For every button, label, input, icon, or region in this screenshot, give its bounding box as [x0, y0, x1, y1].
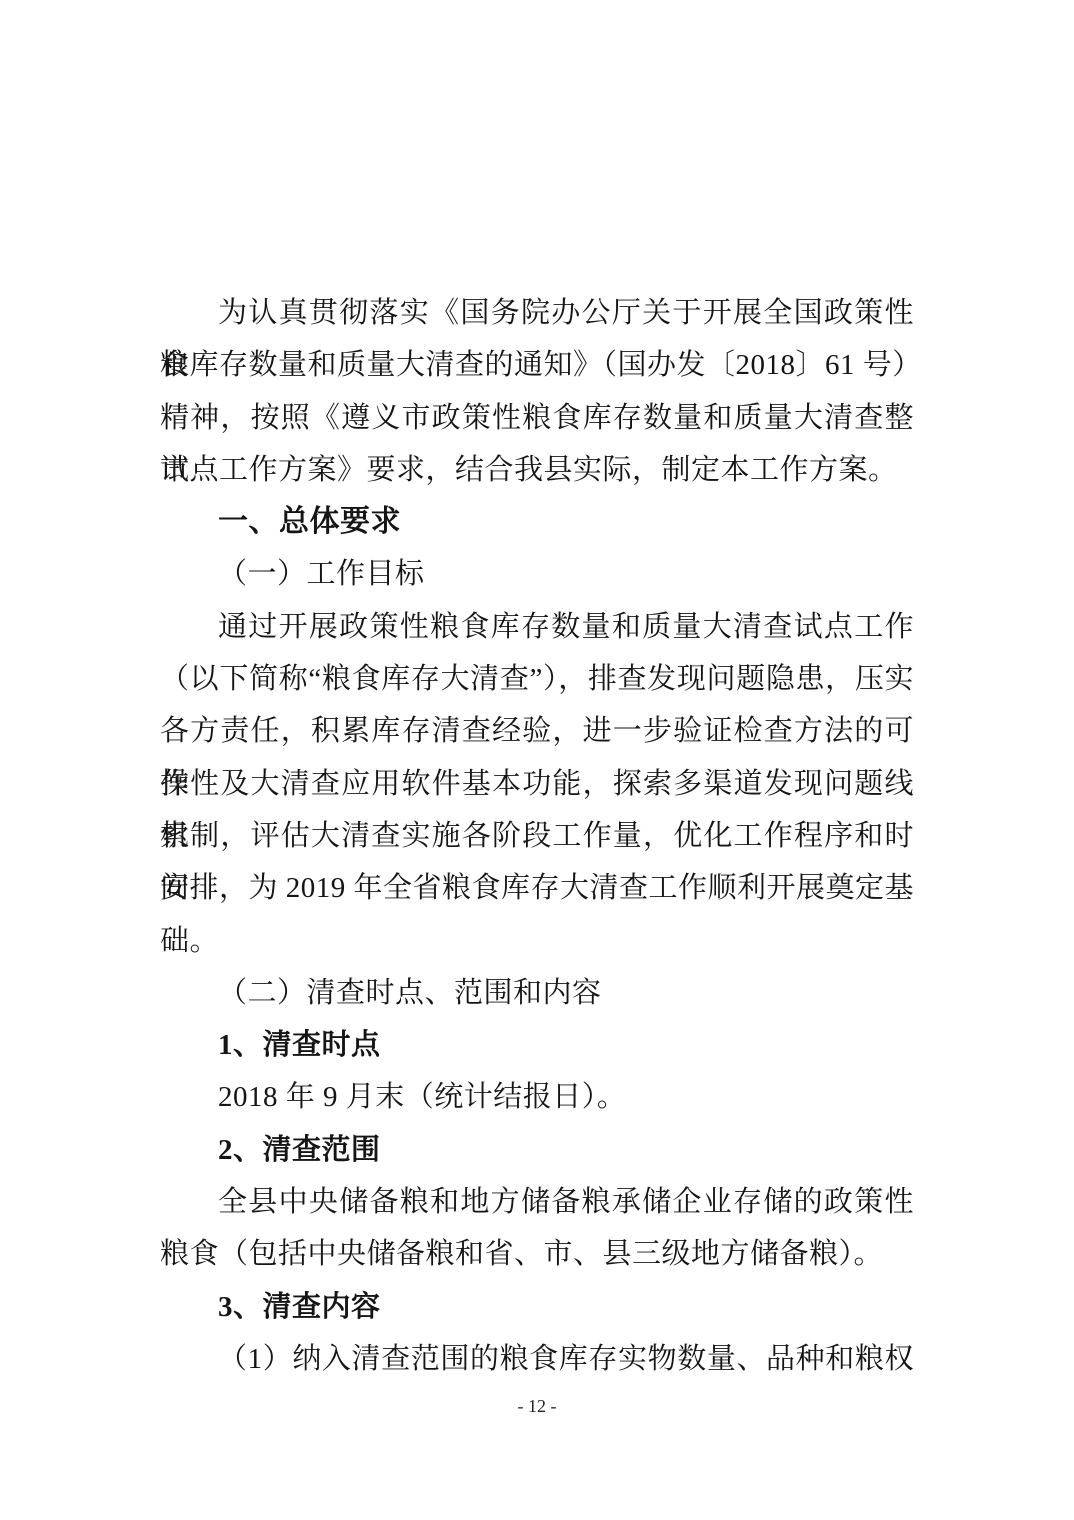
paragraph-line: （以下简称“粮食库存大清查”），排查发现问题隐患，压实: [160, 653, 914, 705]
numbered-heading: 1、清查时点: [160, 1019, 914, 1071]
paragraph-line: 试点工作方案》要求，结合我县实际，制定本工作方案。: [160, 444, 914, 496]
paragraph-line: 精神，按照《遵义市政策性粮食库存数量和质量大清查整市: [160, 392, 914, 444]
document-page: 为认真贯彻落实《国务院办公厅关于开展全国政策性粮 食库存数量和质量大清查的通知》…: [0, 0, 1074, 1520]
paragraph-line: 作性及大清查应用软件基本功能，探索多渠道发现问题线索: [160, 758, 914, 810]
section-heading: 一、总体要求: [160, 496, 914, 548]
paragraph-line: 机制，评估大清查实施各阶段工作量，优化工作程序和时间: [160, 810, 914, 862]
document-body: 为认真贯彻落实《国务院办公厅关于开展全国政策性粮 食库存数量和质量大清查的通知》…: [160, 287, 914, 1385]
numbered-heading: 2、清查范围: [160, 1124, 914, 1176]
paragraph-line: 2018 年 9 月末（统计结报日）。: [160, 1071, 914, 1123]
subsection-heading: （二）清查时点、范围和内容: [160, 967, 914, 1019]
paragraph-line: 础。: [160, 915, 914, 967]
paragraph-line: 粮食（包括中央储备粮和省、市、县三级地方储备粮）。: [160, 1228, 914, 1280]
paragraph-line: 安排，为 2019 年全省粮食库存大清查工作顺利开展奠定基: [160, 862, 914, 914]
page-number: - 12 -: [0, 1396, 1074, 1417]
paragraph-line: 食库存数量和质量大清查的通知》（国办发〔2018〕61 号）: [160, 339, 914, 391]
paragraph-line: （1）纳入清查范围的粮食库存实物数量、品种和粮权: [160, 1333, 914, 1385]
paragraph-line: 为认真贯彻落实《国务院办公厅关于开展全国政策性粮: [160, 287, 914, 339]
subsection-heading: （一）工作目标: [160, 548, 914, 600]
numbered-heading: 3、清查内容: [160, 1281, 914, 1333]
paragraph-line: 通过开展政策性粮食库存数量和质量大清查试点工作: [160, 601, 914, 653]
paragraph-line: 全县中央储备粮和地方储备粮承储企业存储的政策性: [160, 1176, 914, 1228]
paragraph-line: 各方责任，积累库存清查经验，进一步验证检查方法的可操: [160, 705, 914, 757]
